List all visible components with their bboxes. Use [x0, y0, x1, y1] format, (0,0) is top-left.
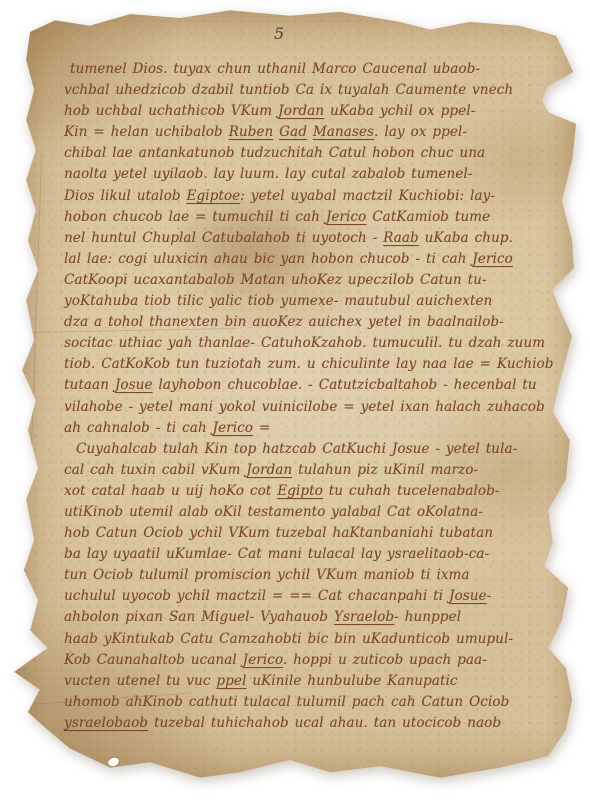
manuscript-text: uhomob ahKinob cathuti tulacal tulumil p… [64, 694, 509, 710]
manuscript-line: CatKoopi ucaxantabalob Matan uhoKez upec… [64, 270, 566, 291]
manuscript-text: uKaba ychil ox ppel- [324, 103, 475, 119]
manuscript-text: layhobon chucoblae. - Catutzicbaltahob -… [152, 377, 536, 393]
underlined-word: Josue [115, 377, 153, 393]
manuscript-line: hob Catun Ociob ychil VKum tuzebal haKta… [64, 523, 566, 544]
manuscript-text: tulahun piz uKinil marzo- [292, 462, 478, 478]
manuscript-text: ah cahnalob - ti cah [64, 420, 213, 436]
manuscript-line: utiKinob utemil alab oKil testamento yal… [64, 502, 566, 523]
manuscript-line: vchbal uhedzicob dzabil tuntiob Ca ix tu… [64, 80, 566, 101]
manuscript-text: - [487, 588, 492, 604]
underlined-word: Jordan [278, 103, 324, 119]
manuscript-text: CatKoopi ucaxantabalob Matan uhoKez upec… [64, 272, 487, 288]
manuscript-text: nel huntul Chuplal Catubalahob ti uyotoc… [64, 230, 383, 246]
underlined-word: Jordan [246, 462, 292, 478]
underlined-word: Jerico [326, 209, 366, 225]
manuscript-line: tiob. CatKoKob tun tuziotah zum. u chicu… [64, 354, 566, 375]
manuscript-line: tutaan Josue layhobon chucoblae. - Catut… [64, 375, 566, 396]
manuscript-line: Kob Caunahaltob ucanal Jerico. hoppi u z… [64, 650, 566, 671]
manuscript-text: naolta yetel uyilaob. lay luum. lay cuta… [64, 166, 472, 182]
paper-shadow: 5 tumenel Dios. tuyax chun uthanil Marco… [12, 8, 580, 780]
manuscript-text: : yetel uyabal mactzil Kuchiobi: lay- [240, 188, 495, 204]
manuscript-text: tumenel Dios. tuyax chun uthanil Marco C… [70, 61, 480, 77]
underlined-word: Egiptoe [186, 188, 240, 204]
manuscript-line: tun Ociob tulumil promiscion ychil VKum … [64, 565, 566, 586]
manuscript-line: hobon chucob lae = tumuchil ti cah Jeric… [64, 207, 566, 228]
manuscript-line: ba lay uyaatil uKumlae- Cat mani tulacal… [64, 544, 566, 565]
manuscript-text: vucten utenel tu vuc [64, 673, 216, 689]
underlined-word: Manases [313, 124, 374, 140]
paper-crease [31, 153, 42, 453]
manuscript-text: = [253, 420, 270, 436]
manuscript-text: Dios likul utalob [64, 188, 186, 204]
manuscript-text: hob Catun Ociob ychil VKum tuzebal haKta… [64, 525, 493, 541]
manuscript-text: lal lae: cogi uluxicin ahau bic yan hobo… [64, 251, 472, 267]
manuscript-lines: tumenel Dios. tuyax chun uthanil Marco C… [64, 59, 566, 734]
manuscript-text: uKinile hunbulube Kanupatic [246, 673, 457, 689]
underlined-word: Ysraelob [334, 609, 394, 625]
manuscript-line: hob uchbal uchathicob VKum Jordan uKaba … [64, 101, 566, 122]
manuscript-line: ysraelobaob tuzebal tuhichahob ucal ahau… [64, 713, 566, 734]
manuscript-line: lal lae: cogi uluxicin ahau bic yan hobo… [64, 249, 566, 270]
manuscript-text: ba lay uyaatil uKumlae- Cat mani tulacal… [64, 546, 489, 562]
manuscript-text: . lay ox ppel- [374, 124, 467, 140]
page-number: 5 [274, 24, 284, 43]
underlined-word: Jerico [213, 420, 253, 436]
manuscript-text: tuzebal tuhichahob ucal ahau. tan utocic… [148, 715, 501, 731]
manuscript-line: ah cahnalob - ti cah Jerico = [64, 418, 566, 439]
manuscript-line: Dios likul utalob Egiptoe: yetel uyabal … [64, 186, 566, 207]
manuscript-line: vilahobe - yetel mani yokol vuinicilobe … [64, 397, 566, 418]
underlined-word: Jerico [472, 251, 512, 267]
manuscript-text: vchbal uhedzicob dzabil tuntiob Ca ix tu… [64, 82, 513, 98]
underlined-word: ysraelobaob [64, 715, 148, 731]
manuscript-text: Kob Caunahaltob ucanal [64, 652, 243, 668]
manuscript-line: socitac uthiac yah thanlae- CatuhoKzahob… [64, 333, 566, 354]
manuscript-text: uKaba chup. [419, 230, 513, 246]
manuscript-text: cal cah tuxin cabil vKum [64, 462, 246, 478]
manuscript-line: tumenel Dios. tuyax chun uthanil Marco C… [64, 59, 566, 80]
manuscript-line: ahbolon pixan San Miguel- Vyahauob Ysrae… [64, 607, 566, 628]
manuscript-line: xot catal haab u uij hoKo cot Egipto tu … [64, 481, 566, 502]
manuscript-text: vilahobe - yetel mani yokol vuinicilobe … [64, 399, 545, 415]
manuscript-line: uchulul uyocob ychil mactzil = == Cat ch… [64, 586, 566, 607]
underlined-word: ppel [216, 673, 246, 689]
manuscript-text: tutaan [64, 377, 115, 393]
manuscript-text: uchulul uyocob ychil mactzil = == Cat ch… [64, 588, 449, 604]
manuscript-text: yoKtahuba tiob tilic yalic tiob yumexe- … [64, 293, 492, 309]
manuscript-line: vucten utenel tu vuc ppel uKinile hunbul… [64, 671, 566, 692]
underlined-word: Ruben [229, 124, 274, 140]
manuscript-text: xot catal haab u uij hoKo cot [64, 483, 277, 499]
underlined-word: Josue [449, 588, 487, 604]
manuscript-text: - hunppel [394, 609, 461, 625]
manuscript-text: dza a tohol thanexten bin auoKez auichex… [64, 314, 504, 330]
manuscript-line: naolta yetel uyilaob. lay luum. lay cuta… [64, 164, 566, 185]
manuscript-scan: 5 tumenel Dios. tuyax chun uthanil Marco… [0, 0, 590, 800]
manuscript-text: . hoppi u zuticob upach paa- [283, 652, 487, 668]
manuscript-line: uhomob ahKinob cathuti tulacal tulumil p… [64, 692, 566, 713]
manuscript-text: Cuyahalcab tulah Kin top hatzcab CatKuch… [76, 441, 517, 457]
manuscript-line: haab yKintukab Catu Camzahobti bic bin u… [64, 629, 566, 650]
underlined-word: Raab [383, 230, 419, 246]
manuscript-line: yoKtahuba tiob tilic yalic tiob yumexe- … [64, 291, 566, 312]
manuscript-text: hobon chucob lae = tumuchil ti cah [64, 209, 326, 225]
underlined-word: Jerico [243, 652, 283, 668]
manuscript-text: utiKinob utemil alab oKil testamento yal… [64, 504, 483, 520]
manuscript-line: cal cah tuxin cabil vKum Jordan tulahun … [64, 460, 566, 481]
manuscript-text: tiob. CatKoKob tun tuziotah zum. u chicu… [64, 356, 553, 372]
manuscript-line: dza a tohol thanexten bin auoKez auichex… [64, 312, 566, 333]
manuscript-text: hob uchbal uchathicob VKum [64, 103, 278, 119]
manuscript-page: 5 tumenel Dios. tuyax chun uthanil Marco… [12, 8, 580, 780]
manuscript-text: Kin = helan uchibalob [64, 124, 229, 140]
manuscript-line: Cuyahalcab tulah Kin top hatzcab CatKuch… [64, 439, 566, 460]
paper-hole [107, 756, 120, 767]
manuscript-text: ahbolon pixan San Miguel- Vyahauob [64, 609, 334, 625]
underlined-word: Gad [279, 124, 307, 140]
manuscript-line: nel huntul Chuplal Catubalahob ti uyotoc… [64, 228, 566, 249]
manuscript-text: tu cuhah tucelenabalob- [323, 483, 500, 499]
manuscript-text: haab yKintukab Catu Camzahobti bic bin u… [64, 631, 513, 647]
underlined-word: Egipto [277, 483, 323, 499]
manuscript-text: socitac uthiac yah thanlae- CatuhoKzahob… [64, 335, 545, 351]
manuscript-text: CatKamiob tume [366, 209, 490, 225]
manuscript-text: chibal lae antankatunob tudzuchitah Catu… [64, 145, 485, 161]
manuscript-line: chibal lae antankatunob tudzuchitah Catu… [64, 143, 566, 164]
manuscript-text: tun Ociob tulumil promiscion ychil VKum … [64, 567, 470, 583]
manuscript-line: Kin = helan uchibalob Ruben Gad Manases.… [64, 122, 566, 143]
